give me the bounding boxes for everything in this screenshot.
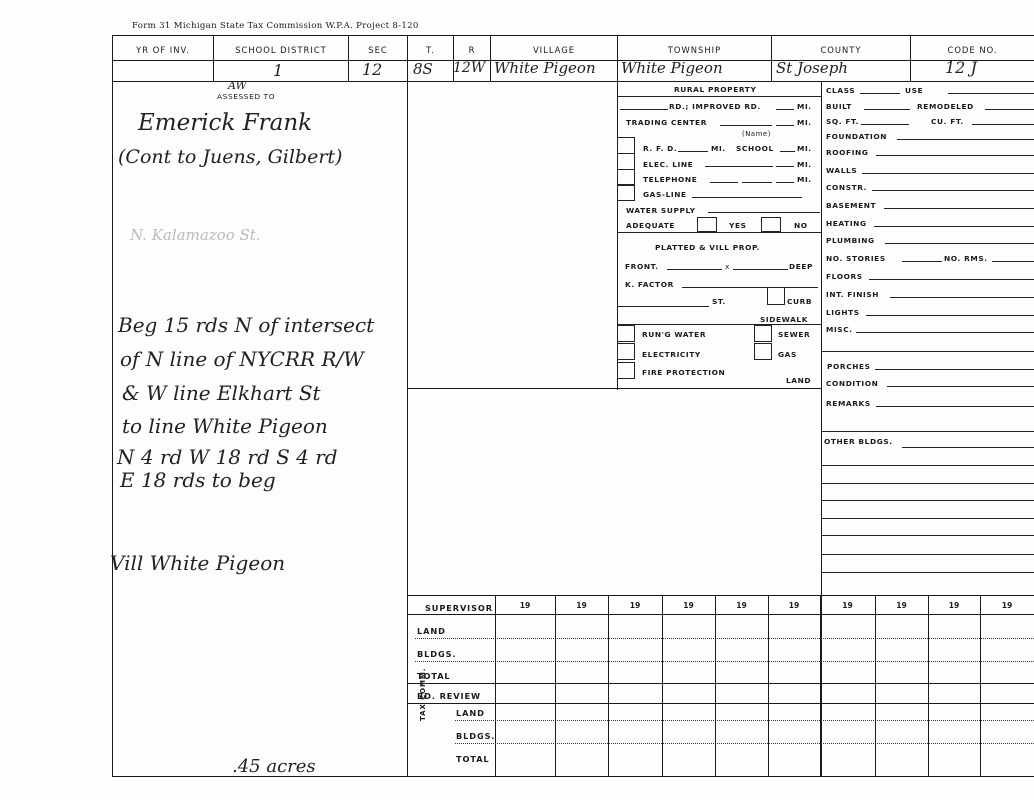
gas-checkbox[interactable] — [754, 343, 772, 360]
year-header-3: 19 — [608, 601, 662, 610]
blank-line — [856, 332, 1034, 333]
blank-line — [866, 315, 1034, 316]
header-t: T. — [408, 45, 453, 55]
blank-line — [682, 287, 818, 288]
running-water-label: RUN'G WATER — [642, 330, 706, 339]
blank-line — [887, 386, 1034, 387]
blank-line — [876, 155, 1034, 156]
blank-line — [876, 406, 1034, 407]
front-label: FRONT. — [625, 262, 659, 271]
year-value-cell-7[interactable] — [820, 615, 875, 775]
blank-line — [822, 572, 1034, 573]
name-hint: (Name) — [742, 130, 771, 138]
main-divider-left — [407, 35, 408, 777]
divider — [617, 232, 821, 233]
blank-line — [860, 93, 900, 94]
mi-label: MI. — [797, 144, 812, 153]
description-line-5: N 4 rd W 18 rd S 4 rd — [117, 445, 338, 469]
col-divider — [771, 35, 772, 81]
year-value-cell-6[interactable] — [768, 615, 820, 775]
no-rms-label: NO. RMS. — [944, 254, 988, 263]
mi-label: MI. — [797, 160, 812, 169]
deep-label: DEEP — [789, 262, 813, 271]
year-header-9: 19 — [928, 601, 980, 610]
blank-line — [678, 151, 708, 152]
blank-line — [733, 269, 788, 270]
basement-label: BASEMENT — [826, 201, 876, 210]
county-value: St Joseph — [776, 59, 848, 77]
description-line-4: to line White Pigeon — [122, 414, 328, 438]
year-value-cell-10[interactable] — [980, 615, 1034, 775]
mi-label: MI. — [797, 118, 812, 127]
header-county: COUNTY — [772, 45, 910, 55]
sewer-label: SEWER — [778, 330, 810, 339]
tc-total-label: TOTAL — [456, 754, 490, 764]
blank-line — [884, 208, 1034, 209]
sec-value: 12 — [362, 60, 382, 79]
t-value: 8S — [413, 60, 433, 78]
blank-line — [897, 139, 1034, 140]
gas-label: GAS — [778, 350, 797, 359]
year-header-5: 19 — [715, 601, 768, 610]
faded-note: N. Kalamazoo St. — [130, 226, 261, 244]
code-no-value: 12 J — [945, 58, 977, 77]
elec-line-label: ELEC. LINE — [643, 160, 693, 169]
col-divider — [348, 35, 349, 81]
year-header-2: 19 — [555, 601, 608, 610]
electricity-label: ELECTRICITY — [642, 350, 701, 359]
condition-label: CONDITION — [826, 379, 878, 388]
no-stories-label: NO. STORIES — [826, 254, 886, 263]
middle-divider — [407, 388, 821, 389]
assessed-to-label: ASSESSED TO — [217, 92, 275, 101]
fire-protection-checkbox[interactable] — [617, 362, 635, 379]
lights-label: LIGHTS — [826, 308, 860, 317]
no-label: NO — [794, 221, 808, 230]
header-r: R — [454, 45, 490, 55]
heating-label: HEATING — [826, 219, 867, 228]
mi-label: MI. — [711, 144, 726, 153]
rfd-label: R. F. D. — [643, 144, 677, 153]
adequate-yes-checkbox[interactable] — [697, 217, 717, 232]
tc-bldgs-label: BLDGS. — [456, 731, 495, 741]
tax-comm-label: TAX COMM. — [419, 668, 427, 721]
year-value-cell-2[interactable] — [555, 615, 608, 775]
blank-line — [862, 173, 1034, 174]
blank-line — [861, 124, 909, 125]
year-header-4: 19 — [662, 601, 715, 610]
description-line-1: Beg 15 rds N of intersect — [118, 313, 374, 337]
blank-line — [874, 226, 1034, 227]
rural-property-title: RURAL PROPERTY — [674, 85, 756, 94]
blank-line — [705, 166, 773, 167]
blank-line — [948, 93, 1034, 94]
mi-label: MI. — [797, 175, 812, 184]
divider — [617, 324, 821, 325]
blank-line — [776, 166, 794, 167]
gas-line-checkbox[interactable] — [617, 184, 635, 201]
sup-land-label: LAND — [417, 626, 446, 636]
blank-line — [822, 483, 1034, 484]
assessed-annotation: AW — [228, 79, 247, 92]
st-label: ST. — [712, 297, 726, 306]
owner-note: (Cont to Juens, Gilbert) — [118, 146, 342, 168]
blank-line — [776, 182, 794, 183]
description-line-6: E 18 rds to beg — [120, 468, 276, 492]
year-value-cell-9[interactable] — [928, 615, 980, 775]
telephone-label: TELEPHONE — [643, 175, 697, 184]
platted-title: PLATTED & VILL PROP. — [655, 243, 760, 252]
frame-top — [112, 35, 1034, 36]
porches-label: PORCHES — [827, 362, 871, 371]
village-value: White Pigeon — [494, 59, 596, 77]
adequate-label: ADEQUATE — [626, 221, 675, 230]
class-label: CLASS — [826, 86, 855, 95]
blank-line — [720, 125, 772, 126]
header-township: TOWNSHIP — [618, 45, 771, 55]
curb-checkbox[interactable] — [767, 288, 785, 305]
year-value-cell-4[interactable] — [662, 615, 715, 775]
misc-label: MISC. — [826, 325, 853, 334]
blank-line — [822, 431, 1034, 432]
rfd-checkbox[interactable] — [617, 137, 635, 154]
year-value-cell-5[interactable] — [715, 615, 768, 775]
blank-line — [822, 500, 1034, 501]
electricity-checkbox[interactable] — [617, 343, 635, 360]
use-label: USE — [905, 86, 923, 95]
col-divider — [490, 35, 491, 81]
water-supply-label: WATER SUPPLY — [626, 206, 696, 215]
int-finish-label: INT. FINISH — [826, 290, 879, 299]
walls-label: WALLS — [826, 166, 857, 175]
blank-line — [885, 243, 1034, 244]
blank-line — [667, 269, 722, 270]
year-header-10: 19 — [980, 601, 1034, 610]
header-school-district: SCHOOL DISTRICT — [214, 45, 348, 55]
blank-line — [872, 190, 1034, 191]
blank-line — [822, 465, 1034, 466]
blank-line — [822, 535, 1034, 536]
blank-line — [780, 151, 795, 152]
built-label: BUILT — [826, 102, 852, 111]
blank-line — [864, 109, 910, 110]
blank-line — [822, 518, 1034, 519]
running-water-checkbox[interactable] — [617, 325, 635, 342]
adequate-no-checkbox[interactable] — [761, 217, 781, 232]
sq-ft-label: SQ. FT. — [826, 117, 859, 126]
constr-label: CONSTR. — [826, 183, 867, 192]
sewer-checkbox[interactable] — [754, 325, 772, 342]
description-line-3: & W line Elkhart St — [122, 381, 321, 405]
other-bldgs-label: OTHER BLDGS. — [824, 437, 893, 446]
header-bottom — [112, 81, 1034, 82]
blank-line — [822, 351, 1034, 352]
blank-line — [869, 279, 1034, 280]
cu-ft-label: CU. FT. — [931, 117, 964, 126]
grid-top — [407, 595, 1034, 596]
gas-line-label: GAS-LINE — [643, 190, 687, 199]
divider — [617, 96, 821, 97]
year-header-7: 19 — [820, 601, 875, 610]
yes-label: YES — [729, 221, 747, 230]
blank-line — [620, 109, 668, 110]
blank-line — [617, 306, 709, 307]
blank-line — [902, 447, 1034, 448]
year-value-cell-8[interactable] — [875, 615, 928, 775]
blank-line — [992, 261, 1034, 262]
year-value-cell-1[interactable] — [495, 615, 555, 775]
blank-line — [776, 109, 794, 110]
col-divider — [213, 35, 214, 81]
year-header-6: 19 — [768, 601, 820, 610]
school-label: SCHOOL — [736, 144, 774, 153]
blank-line — [972, 124, 1034, 125]
col-divider — [910, 35, 911, 81]
foundation-label: FOUNDATION — [826, 132, 887, 141]
description-line-2: of N line of NYCRR R/W — [120, 347, 364, 371]
mi-label: MI. — [797, 102, 812, 111]
elec-line-checkbox[interactable] — [617, 153, 635, 170]
sup-bldgs-label: BLDGS. — [417, 649, 456, 659]
curb-label: CURB — [787, 297, 812, 306]
header-village: VILLAGE — [491, 45, 617, 55]
form-title: Form 31 Michigan State Tax Commission W.… — [132, 21, 419, 31]
acreage: .45 acres — [232, 756, 316, 777]
blank-line — [692, 197, 802, 198]
blank-line — [710, 182, 738, 183]
header-yr-of-inv: YR OF INV. — [113, 45, 213, 55]
year-value-cell-3[interactable] — [608, 615, 662, 775]
blank-line — [822, 554, 1034, 555]
land-label: LAND — [786, 376, 811, 385]
header-code-no: CODE NO. — [911, 45, 1034, 55]
r-value: 12W — [453, 60, 485, 76]
owner-name: Emerick Frank — [138, 110, 312, 136]
roofing-label: ROOFING — [826, 148, 869, 157]
sidewalk-label: SIDEWALK — [760, 315, 808, 324]
blank-line — [776, 125, 794, 126]
blank-line — [875, 369, 1034, 370]
blank-line — [742, 182, 772, 183]
location-note: Vill White Pigeon — [110, 551, 285, 575]
blank-line — [708, 212, 820, 213]
rd-label: RD.; IMPROVED RD. — [669, 102, 761, 111]
township-value: White Pigeon — [621, 59, 723, 77]
school-district-value: 1 — [273, 61, 283, 80]
remarks-label: REMARKS — [826, 399, 871, 408]
blank-line — [902, 261, 942, 262]
fire-protection-label: FIRE PROTECTION — [642, 368, 725, 377]
x-label: x — [725, 262, 730, 271]
year-header-1: 19 — [495, 601, 555, 610]
remodeled-label: REMODELED — [917, 102, 974, 111]
plumbing-label: PLUMBING — [826, 236, 875, 245]
tc-land-label: LAND — [456, 708, 485, 718]
supervisor-label: SUPERVISOR — [425, 603, 493, 613]
header-sec: SEC — [349, 45, 407, 55]
blank-line — [985, 109, 1034, 110]
floors-label: FLOORS — [826, 272, 863, 281]
k-factor-label: K. FACTOR — [625, 280, 674, 289]
year-header-8: 19 — [875, 601, 928, 610]
blank-line — [890, 297, 1034, 298]
trading-center-label: TRADING CENTER — [626, 118, 707, 127]
frame-left — [112, 35, 113, 777]
